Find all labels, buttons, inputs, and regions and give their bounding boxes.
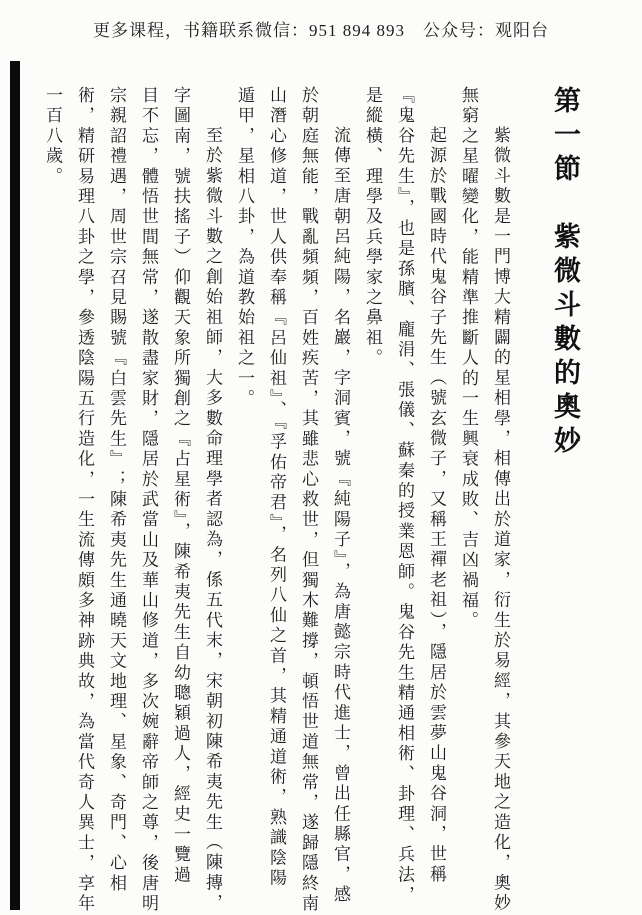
text-column: 起源於戰國時代鬼谷子先生（號玄微子，又稱王禪老祖），隱居於雲夢山鬼谷洞，世稱 — [428, 86, 445, 912]
section-title: 第一節 紫微斗數的奧妙 — [551, 86, 578, 912]
scanned-book-page: 更多课程，书籍联系微信：951 894 893 公众号：观阳台 第一節 紫微斗數… — [0, 0, 642, 915]
text-column: 流傳至唐朝呂純陽，名巖，字洞賓，號『純陽子』，為唐懿宗時代進士，曾出任縣官，感 — [332, 86, 349, 912]
page-header: 更多课程，书籍联系微信：951 894 893 公众号：观阳台 — [0, 16, 642, 41]
text-column: 無窮之星曜變化，能精準推斷人的一生興衰成敗、吉凶禍福。 — [460, 86, 477, 912]
page-content: 第一節 紫微斗數的奧妙 紫微斗數是一門博大精闢的星相學，相傳出於道家，衍生於易經… — [29, 86, 578, 912]
text-column: 目不忘，體悟世間無常，遂散盡家財，隱居於武當山及華山修道，多次婉辭帝師之尊，後唐… — [140, 86, 157, 912]
text-column: 於朝庭無能，戰亂頻頻，百姓疾苦，其雖悲心救世，但獨木難撐，頓悟世道無常，遂歸隱終… — [300, 86, 317, 912]
text-column: 術，精研易理八卦之學，參透陰陽五行造化，一生流傳頗多神跡典故，為當代奇人異士，享… — [76, 86, 93, 912]
text-column: 一百八歲。 — [44, 86, 61, 912]
text-column: 字圖南，號扶搖子）仰觀天象所獨創之『占星術』，陳希夷先生自幼聰穎過人，經史一覽過 — [172, 86, 189, 912]
text-column: 宗親詔禮遇，周世宗召見賜號『白雲先生』；陳希夷先生通曉天文地理、星象、奇門、心相 — [108, 86, 125, 912]
text-column: 紫微斗數是一門博大精闢的星相學，相傳出於道家，衍生於易經，其參天地之造化，奧妙 — [492, 86, 509, 912]
text-column: 遁甲，星相八卦，為道教始祖之一。 — [236, 86, 253, 912]
body-columns: 紫微斗數是一門博大精闢的星相學，相傳出於道家，衍生於易經，其參天地之造化，奧妙無… — [44, 86, 509, 912]
scan-binding-bar — [10, 61, 20, 910]
text-column: 是縱橫、理學及兵學家之鼻祖。 — [364, 86, 381, 912]
text-column: 『鬼谷先生』，也是孫臏、龐涓、張儀、蘇秦的授業恩師。鬼谷先生精通相術、卦理、兵法… — [396, 86, 413, 912]
text-column: 至於紫微斗數之創始祖師，大多數命理學者認為，係五代末，宋朝初陳希夷先生（陳摶， — [204, 86, 221, 912]
text-column: 山潛心修道，世人供奉稱『呂仙祖』、『孚佑帝君』，名列八仙之首，其精通道術，熟識陰… — [268, 86, 285, 912]
header-text: 更多课程，书籍联系微信：951 894 893 公众号：观阳台 — [93, 21, 549, 40]
